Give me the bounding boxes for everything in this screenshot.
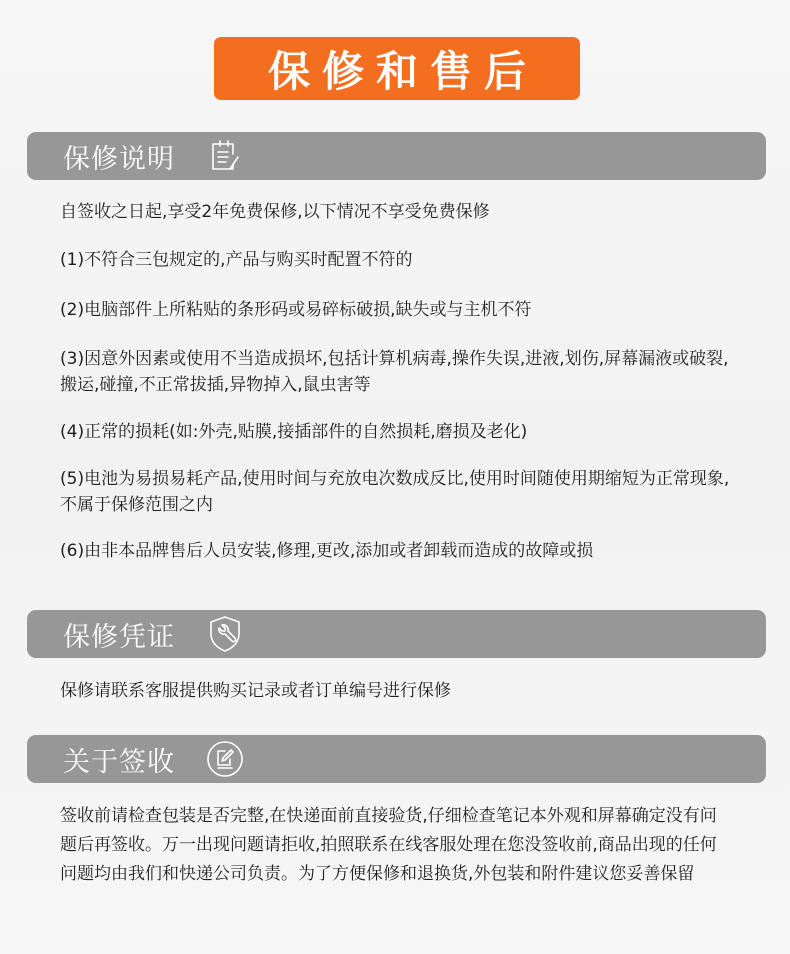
section-header-about-receipt: 关于签收 bbox=[27, 735, 766, 783]
clipboard-pen-icon bbox=[205, 136, 245, 176]
exclusion-item: (1)不符合三包规定的,产品与购买时配置不符的 bbox=[60, 247, 740, 273]
title-banner: 保修和售后 bbox=[214, 37, 580, 100]
section-header-warranty-description: 保修说明 bbox=[27, 132, 766, 180]
intro-text: 自签收之日起,享受2年免费保修,以下情况不享受免费保修 bbox=[60, 199, 740, 225]
shield-wrench-icon bbox=[205, 614, 245, 654]
warranty-proof-text: 保修请联系客服提供购买记录或者订单编号进行保修 bbox=[60, 678, 740, 704]
exclusion-item: (5)电池为易损易耗产品,使用时间与充放电次数成反比,使用时间随使用期缩短为正常… bbox=[60, 466, 740, 518]
circle-edit-icon bbox=[205, 739, 245, 779]
exclusion-item: (6)由非本品牌售后人员安装,修理,更改,添加或者卸载而造成的故障或损 bbox=[60, 538, 740, 564]
exclusion-item: (2)电脑部件上所粘贴的条形码或易碎标破损,缺失或与主机不符 bbox=[60, 297, 740, 323]
exclusion-item: (4)正常的损耗(如:外壳,贴膜,接插部件的自然损耗,磨损及老化) bbox=[60, 419, 740, 445]
section-header-warranty-proof: 保修凭证 bbox=[27, 610, 766, 658]
section-heading: 关于签收 bbox=[63, 740, 175, 779]
section-heading: 保修凭证 bbox=[63, 615, 175, 654]
page-title: 保修和售后 bbox=[268, 39, 538, 99]
section-heading: 保修说明 bbox=[63, 137, 175, 176]
about-receipt-body: 签收前请检查包装是否完整,在快递面前直接验货,仔细检查笔记本外观和屏幕确定没有问… bbox=[60, 802, 730, 889]
warranty-proof-body: 保修请联系客服提供购买记录或者订单编号进行保修 bbox=[60, 678, 740, 704]
warranty-description-body: 自签收之日起,享受2年免费保修,以下情况不享受免费保修 (1)不符合三包规定的,… bbox=[60, 199, 740, 564]
exclusion-item: (3)因意外因素或使用不当造成损坏,包括计算机病毒,操作失误,进液,划伤,屏幕漏… bbox=[60, 346, 740, 398]
about-receipt-text: 签收前请检查包装是否完整,在快递面前直接验货,仔细检查笔记本外观和屏幕确定没有问… bbox=[60, 802, 730, 889]
